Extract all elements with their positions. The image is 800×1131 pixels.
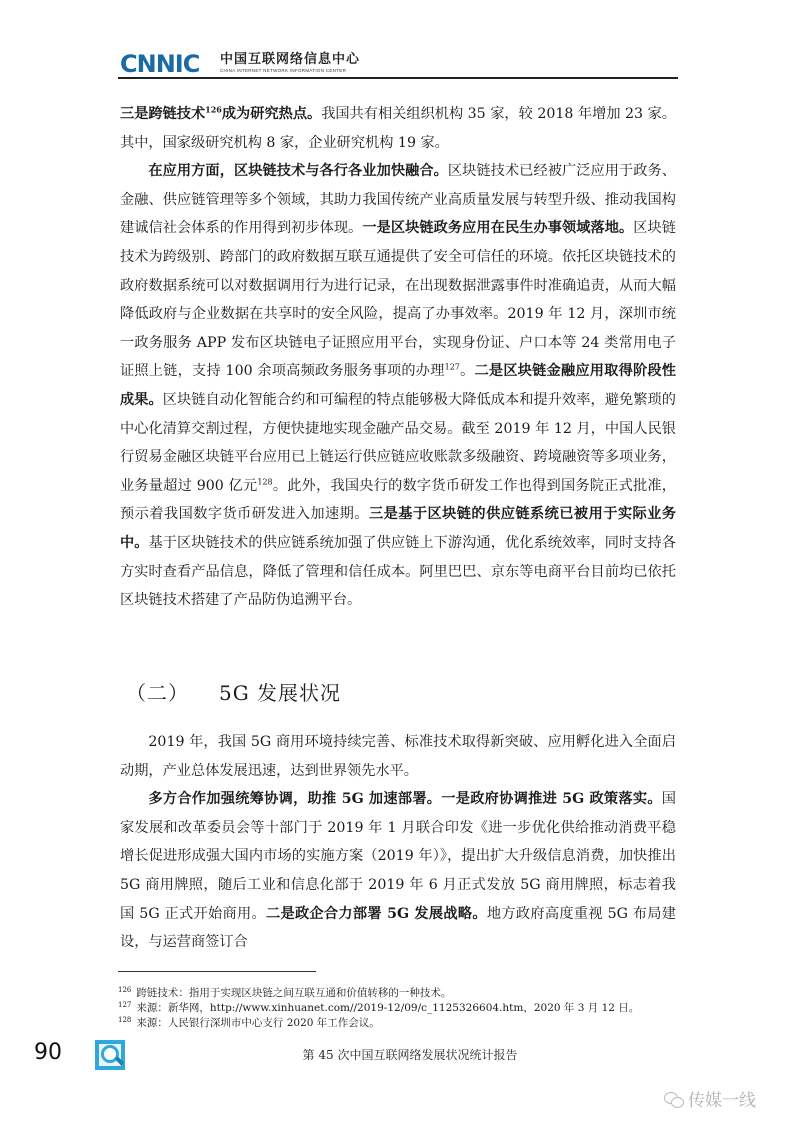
footnote-ref-126[interactable]: 126 bbox=[205, 104, 222, 114]
paragraph-cross-chain: 三是跨链技术126成为研究热点。我国共有相关组织机构 35 家，较 2018 年… bbox=[120, 100, 676, 157]
section-title: 5G 发展状况 bbox=[219, 681, 341, 705]
footnote-text: 来源：人民银行深圳市中心支行 2020 年工作会议。 bbox=[136, 1017, 379, 1029]
paragraph-text: 。 bbox=[460, 363, 475, 379]
paragraph-text: 区块链技术为跨级别、跨部门的政府数据互联互通提供了安全可信任的环境。依托区块链技… bbox=[120, 220, 676, 379]
header-divider bbox=[118, 77, 678, 79]
report-title: 第 45 次中国互联网络发展状况统计报告 bbox=[0, 1046, 800, 1063]
paragraph-applications: 在应用方面，区块链技术与各行各业加快融合。区块链技术已经被广泛应用于政务、金融、… bbox=[120, 157, 676, 615]
bold-lead-2: 成为研究热点。 bbox=[222, 106, 321, 122]
footnote-number: 126 bbox=[118, 986, 131, 994]
footnote-text[interactable]: 来源：新华网，http://www.xinhuanet.com//2019-12… bbox=[136, 1002, 639, 1014]
blockchain-body: 三是跨链技术126成为研究热点。我国共有相关组织机构 35 家，较 2018 年… bbox=[120, 100, 676, 615]
footnote-ref-128[interactable]: 128 bbox=[257, 477, 272, 486]
watermark-text: 传媒一线 bbox=[688, 1091, 756, 1111]
section-number: （二） bbox=[126, 681, 189, 705]
paragraph-5g-coordination: 多方合作加强统筹协调，助推 5G 加速部署。一是政府协调推进 5G 政策落实。国… bbox=[120, 785, 676, 957]
cnnic-logo: CNNIC bbox=[120, 50, 199, 78]
org-name-en: CHINA INTERNET NETWORK INFORMATION CENTE… bbox=[220, 68, 346, 74]
footnote-item: 127来源：新华网，http://www.xinhuanet.com//2019… bbox=[118, 1001, 678, 1016]
wechat-icon bbox=[664, 1092, 684, 1108]
footnote-item: 128来源：人民银行深圳市中心支行 2020 年工作会议。 bbox=[118, 1016, 678, 1031]
paragraph-5g-overview: 2019 年，我国 5G 商用环境持续完善、标准技术取得新突破、应用孵化进入全面… bbox=[120, 728, 676, 785]
watermark: 传媒一线 bbox=[664, 1090, 756, 1112]
paragraph-text: 基于区块链技术的供应链系统加强了供应链上下游沟通，优化系统效率，同时支持各方实时… bbox=[120, 535, 676, 608]
footnote-number: 128 bbox=[118, 1016, 131, 1024]
paragraph-text: 国家发展和改革委员会等十部门于 2019 年 1 月联合印发《进一步优化供给推动… bbox=[120, 791, 676, 921]
page-header: CNNIC 中国互联网络信息中心 CHINA INTERNET NETWORK … bbox=[120, 50, 678, 80]
org-name-cn: 中国互联网络信息中心 bbox=[220, 52, 360, 67]
section-heading-5g: （二）5G 发展状况 bbox=[126, 678, 341, 708]
footnote-ref-127[interactable]: 127 bbox=[445, 363, 460, 372]
bold-point-1: 一是区块链政务应用在民生办事领域落地。 bbox=[362, 220, 633, 236]
bold-point-2: 二是政企合力部署 5G 发展战略。 bbox=[266, 906, 487, 922]
5g-body: 2019 年，我国 5G 商用环境持续完善、标准技术取得新突破、应用孵化进入全面… bbox=[120, 728, 676, 957]
bold-lead: 多方合作加强统筹协调，助推 5G 加速部署。一是政府协调推进 5G 政策落实。 bbox=[148, 791, 661, 807]
footnotes: 126跨链技术：指用于实现区块链之间互联互通和价值转移的一种技术。 127来源：… bbox=[118, 986, 678, 1031]
footnote-divider bbox=[118, 971, 316, 972]
footnote-number: 127 bbox=[118, 1001, 131, 1009]
footnote-text: 跨链技术：指用于实现区块链之间互联互通和价值转移的一种技术。 bbox=[136, 987, 451, 999]
bold-lead: 在应用方面，区块链技术与各行各业加快融合。 bbox=[148, 163, 447, 179]
bold-lead: 三是跨链技术 bbox=[120, 106, 205, 122]
footnote-item: 126跨链技术：指用于实现区块链之间互联互通和价值转移的一种技术。 bbox=[118, 986, 678, 1001]
